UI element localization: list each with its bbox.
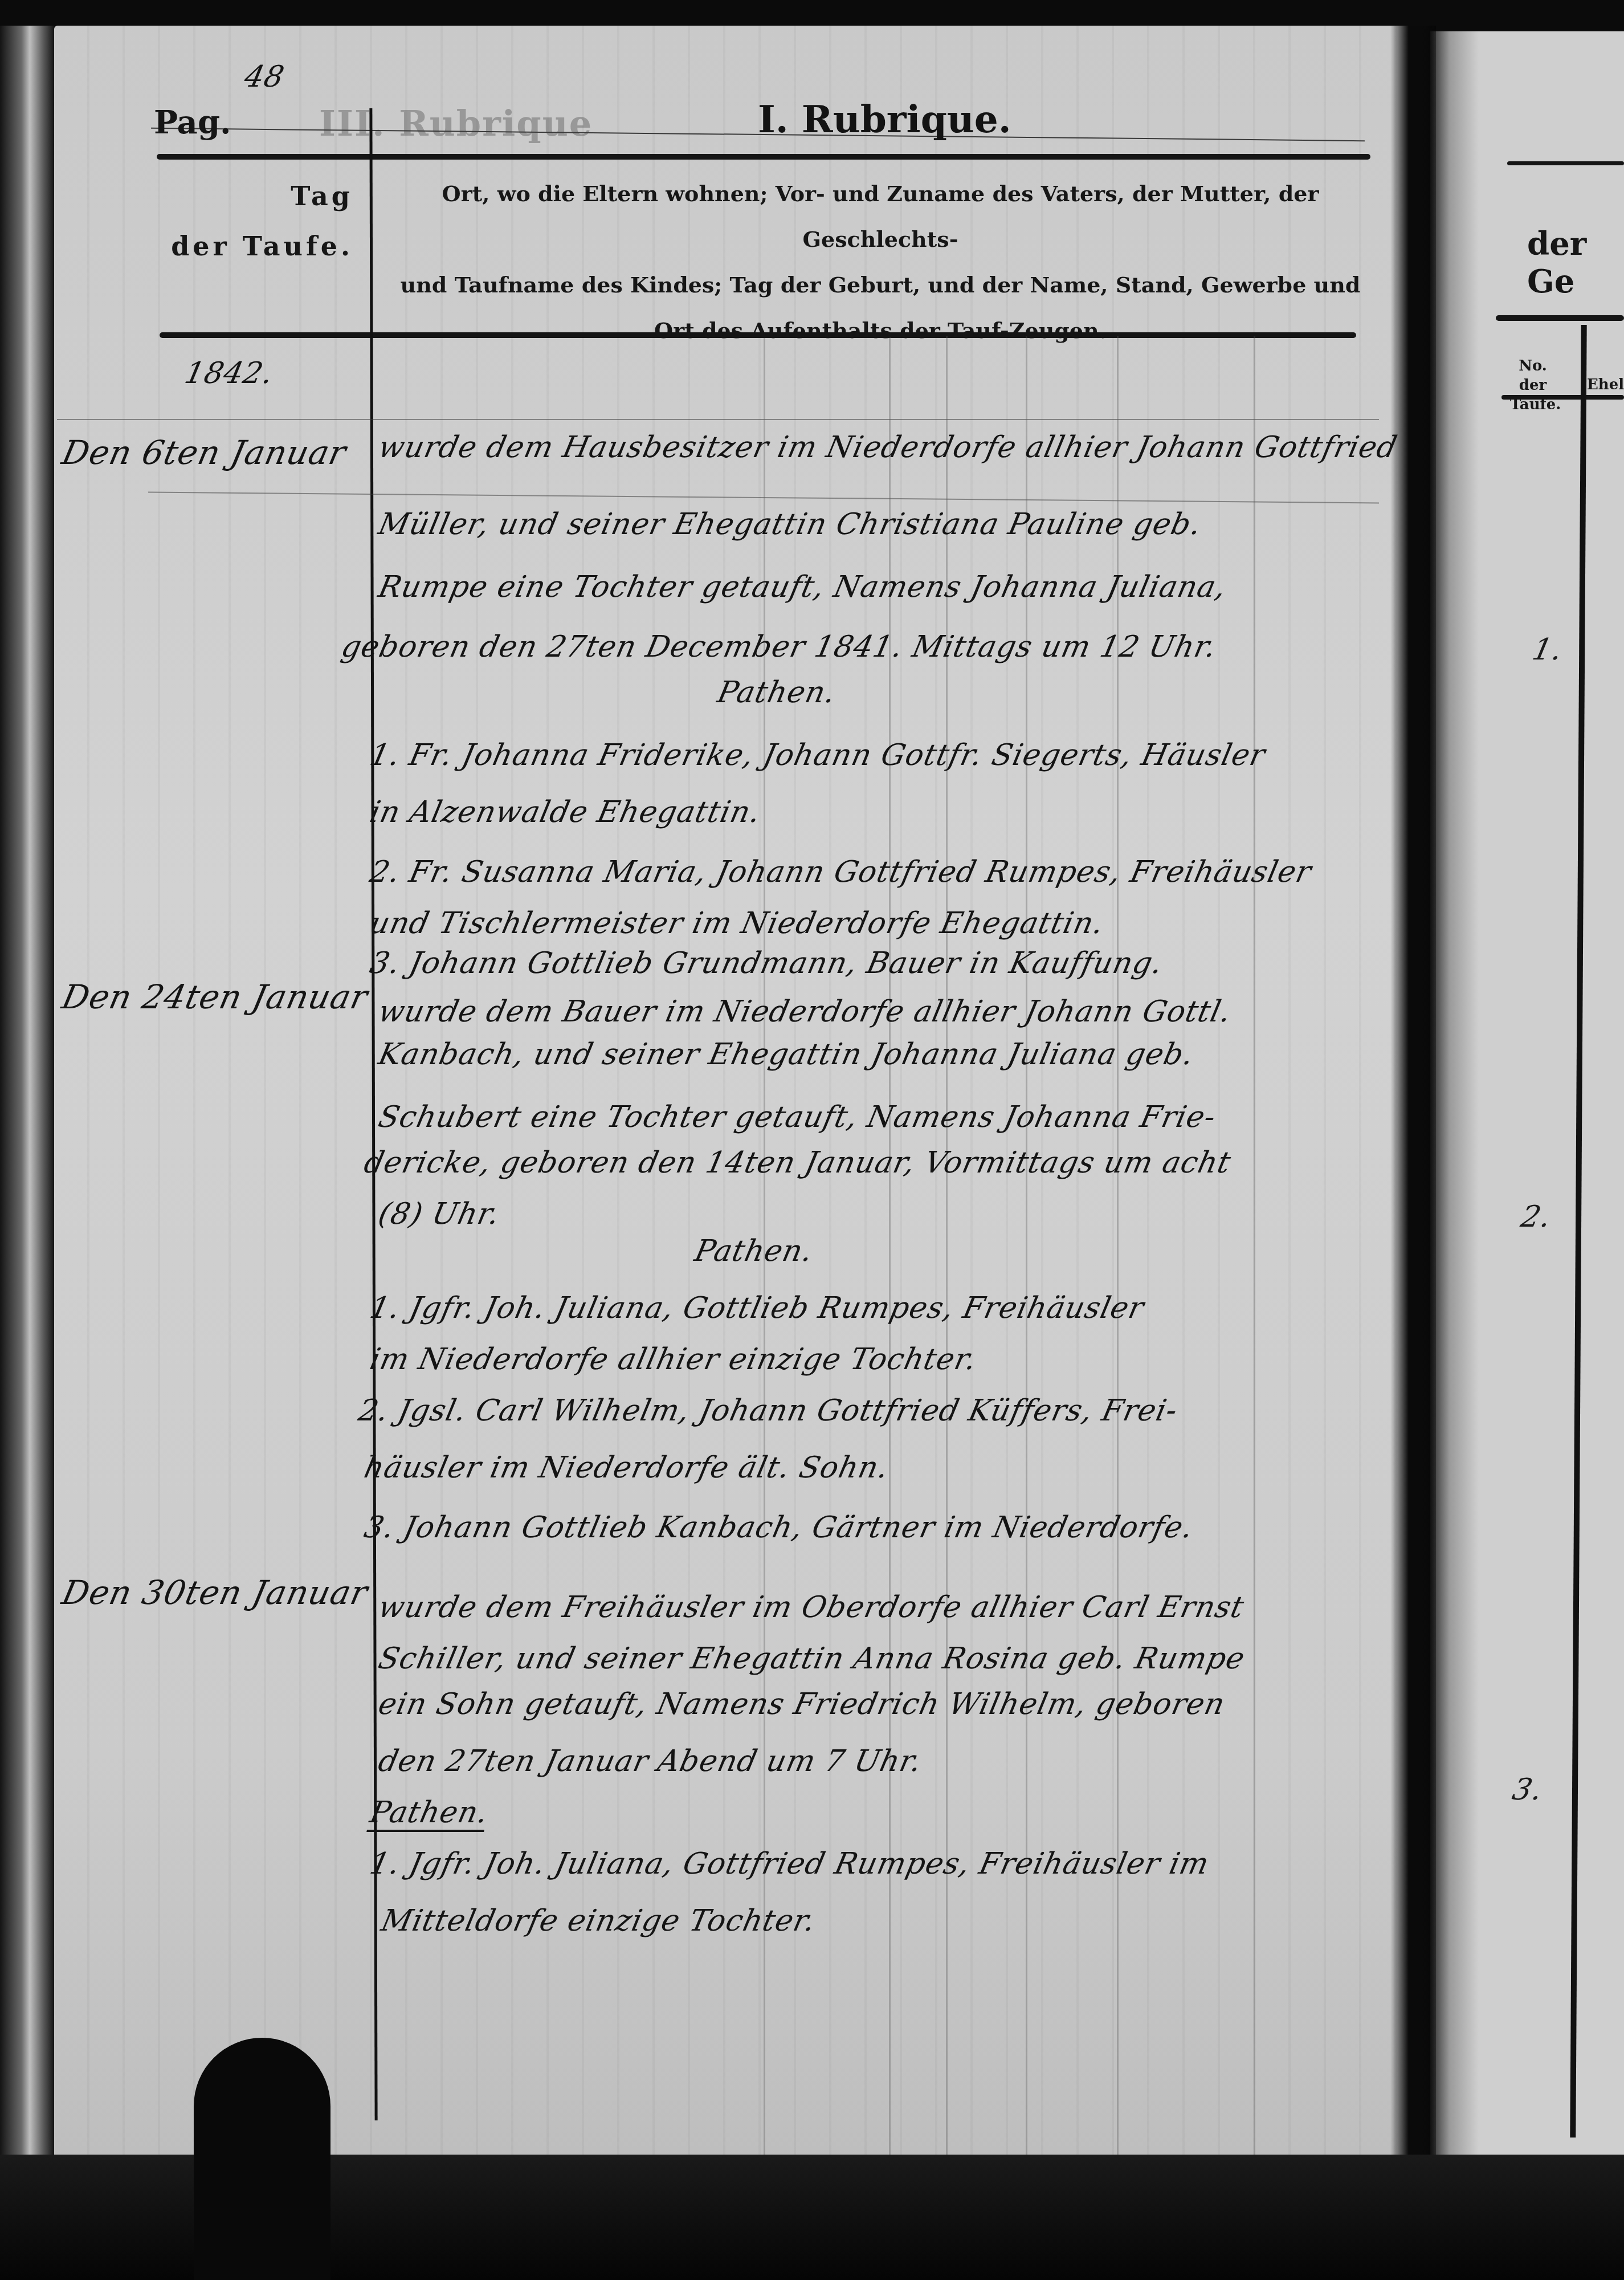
header-top-rule	[157, 154, 1370, 160]
entry-3-line: Schiller, und seiner Ehegattin Anna Rosi…	[376, 1642, 1248, 1676]
register-year: 1842.	[182, 356, 277, 390]
entry-1-sponsor: in Alzenwalde Ehegattin.	[367, 795, 764, 829]
column-header-line: der Taufe.	[165, 221, 353, 271]
entry-3-line: ein Sohn getauft, Namens Friedrich Wilhe…	[376, 1687, 1229, 1721]
fold-line	[946, 336, 948, 2189]
fold-line	[1026, 336, 1027, 2189]
entry-3-line: den 27ten Januar Abend um 7 Uhr.	[376, 1744, 925, 1778]
entry-2-sponsor: 1. Jgfr. Joh. Juliana, Gottlieb Rumpes, …	[367, 1291, 1148, 1325]
facing-page-col-rule	[1501, 395, 1624, 400]
entry-2-sponsor: 2. Jgsl. Carl Wilhelm, Johann Gottfried …	[356, 1394, 1181, 1428]
entry-1-line: Müller, und seiner Ehegattin Christiana …	[376, 507, 1205, 541]
bleed-through-heading: III. Rubrique	[319, 103, 593, 144]
entry-1-sponsor: 3. Johann Gottlieb Grundmann, Bauer in K…	[367, 946, 1166, 980]
entry-2-line: wurde dem Bauer im Niederdorfe allhier J…	[376, 995, 1235, 1029]
entry-2-date: Den 24ten Januar	[59, 978, 372, 1016]
col-no-label: No.	[1510, 356, 1556, 376]
entry-1-sponsors-heading: Pathen.	[715, 675, 839, 710]
scanner-top-shadow	[0, 0, 1624, 26]
column-header-line: Ort, wo die Eltern wohnen; Vor- und Zuna…	[382, 171, 1379, 262]
facing-page	[1430, 31, 1624, 2163]
entry-2-sponsors-heading: Pathen.	[692, 1234, 817, 1268]
page-number: 48	[242, 60, 288, 94]
column-header-baptism-day: Tag der Taufe.	[165, 171, 353, 271]
entry-2-line: dericke, geboren den 14ten Januar, Vormi…	[361, 1146, 1234, 1180]
entry-3-sponsor: Mitteldorfe einzige Tochter.	[378, 1904, 819, 1938]
entry-3-sponsors-heading: Pathen.	[366, 1795, 491, 1832]
column-header-line: und Taufname des Kindes; Tag der Geburt,…	[382, 262, 1379, 308]
entry-3-line: wurde dem Freihäusler im Oberdorfe allhi…	[376, 1590, 1247, 1624]
column-header-line: Tag	[165, 171, 353, 221]
entry-2-sponsor: 3. Johann Gottlieb Kanbach, Gärtner im N…	[361, 1510, 1197, 1545]
page-gutter-shadow	[1390, 0, 1436, 2280]
facing-page-top-rule	[1507, 161, 1624, 165]
rubric-title: I. Rubrique.	[758, 97, 1011, 141]
facing-page-col-fragment: Ehel	[1587, 376, 1624, 393]
entry-2-line: Kanbach, und seiner Ehegattin Johanna Ju…	[376, 1037, 1197, 1072]
entry-2-sponsor: im Niederdorfe allhier einzige Tochter.	[367, 1342, 980, 1377]
fold-line	[889, 336, 891, 2189]
entry-1-sponsor: 2. Fr. Susanna Maria, Johann Gottfried R…	[367, 855, 1315, 889]
adjacent-page-edge	[0, 0, 54, 2166]
entry-1-line: geboren den 27ten December 1841. Mittags…	[338, 630, 1220, 664]
entry-1-date: Den 6ten Januar	[59, 433, 350, 472]
column-header-details: Ort, wo die Eltern wohnen; Vor- und Zuna…	[382, 171, 1379, 353]
facing-page-col-no: No. der Taufe.	[1510, 356, 1556, 414]
entry-1-line: wurde dem Hausbesitzer im Niederdorfe al…	[376, 430, 1401, 465]
entry-1-sponsor: 1. Fr. Johanna Friderike, Johann Gottfr.…	[367, 738, 1268, 772]
entry-2-sponsor: häusler im Niederdorfe ält. Sohn.	[361, 1451, 892, 1485]
entry-2-line: Schubert eine Tochter getauft, Namens Jo…	[376, 1100, 1219, 1134]
fold-line	[1254, 336, 1255, 2189]
col-no-label: der	[1510, 376, 1556, 395]
thumb-shadow	[194, 2038, 330, 2280]
entry-1-line: Rumpe eine Tochter getauft, Namens Johan…	[376, 570, 1230, 604]
entry-2-line: (8) Uhr.	[376, 1197, 503, 1231]
page-label: Pag.	[154, 104, 231, 141]
entry-3-sponsor: 1. Jgfr. Joh. Juliana, Gottfried Rumpes,…	[367, 1847, 1213, 1881]
ruled-line	[57, 419, 1379, 420]
entry-1-sponsor: und Tischlermeister im Niederdorfe Ehega…	[367, 906, 1107, 940]
facing-page-header-fragment: der Ge	[1527, 225, 1624, 300]
column-header-line: Ort des Aufenthalts der Tauf-Zeugen.	[382, 308, 1379, 353]
fold-line	[1117, 336, 1119, 2189]
entry-3-date: Den 30ten Januar	[59, 1573, 372, 1612]
facing-page-header-rule	[1496, 315, 1624, 321]
